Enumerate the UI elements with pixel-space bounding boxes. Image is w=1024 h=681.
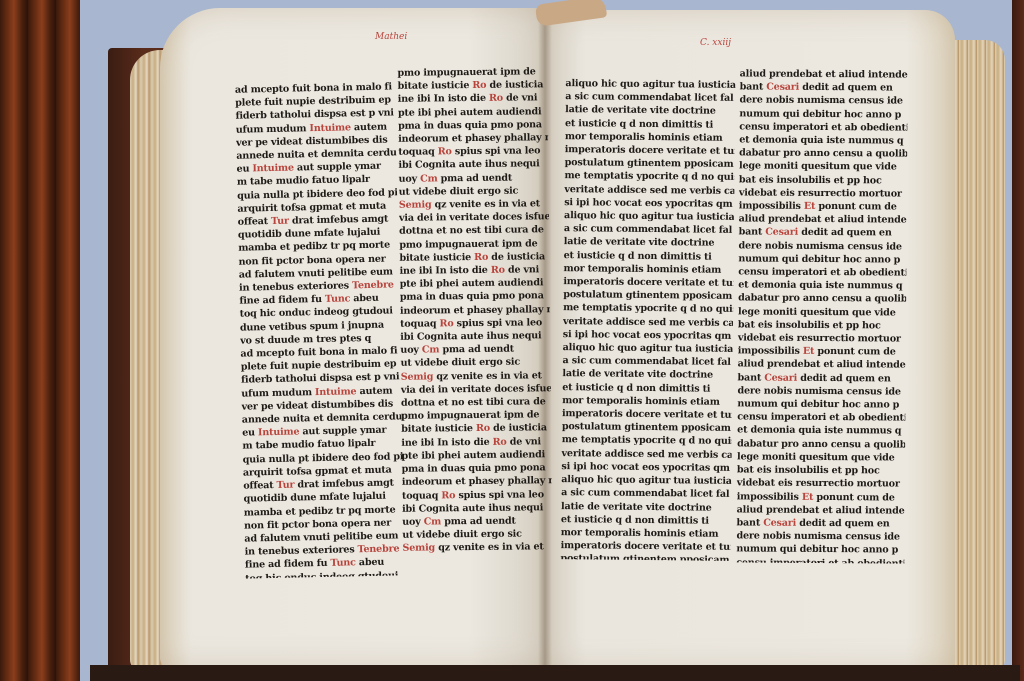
manuscript-line: ibi Cognita aute ihus nequi [398,158,548,173]
manuscript-line: pma in duas quia pmo pona [400,290,550,305]
manuscript-line: videbat eis resurrectio mortuor [739,186,907,200]
manuscript-line: latie de veritate vite doctrine [565,104,735,119]
manuscript-line: impossibilis Et ponunt cum de [737,490,905,504]
left-page-column-2: pmo impugnauerat ipm debitate iusticie R… [397,65,552,557]
manuscript-line: bant Cesari dedit ad quem en [738,371,906,385]
manuscript-line: ibi Cognita aute ihus nequi [400,329,550,344]
manuscript-line: dere nobis numisma census ide [737,384,905,398]
right-page-header: C. xxiij [700,38,731,48]
manuscript-line: Semig qz venite es in via et [402,541,552,556]
manuscript-line: numum qui debitur hoc anno p [738,252,906,266]
manuscript-line: et demonia quia iste nummus q [739,133,907,147]
manuscript-line: videbat eis resurrectio mortuor [737,477,905,491]
manuscript-line: censu imperatori et ab obedientia [739,120,907,134]
manuscript-line: me temptatis ypocrite q d no quis [562,434,732,449]
manuscript-line: a sic cum commendabat licet fal [561,486,731,501]
manuscript-line: me temptatis ypocrite q d no quis [564,170,734,185]
curtain [0,0,80,681]
manuscript-line: aliud prendebat et aliud intende [737,503,905,517]
manuscript-line: lege moniti quesitum que vide [737,450,905,464]
manuscript-line: censu imperatori et ab obedientia [738,265,906,279]
manuscript-line: dottna et no est tibi cura de [399,224,549,239]
manuscript-line: impossibilis Et ponunt cum de [739,199,907,213]
manuscript-line: latie de veritate vite doctrine [564,236,734,251]
manuscript-line: bant Cesari dedit ad quem en [737,516,905,530]
manuscript-line: dere nobis numisma census ide [739,94,907,108]
manuscript-line: toquaq Ro spius spi vna leo [402,488,552,503]
manuscript-line: latie de veritate vite doctrine [561,500,731,515]
table-shadow [90,665,1020,681]
manuscript-line: dabatur pro anno censu a quolibet [739,147,907,161]
manuscript-line: numum qui debitur hoc anno p [737,397,905,411]
manuscript-line: impossibilis Et ponunt cum de [738,345,906,359]
curtain-right [1012,0,1024,681]
right-page-column-2: aliud prendebat et aliud intendebant Ces… [736,67,907,563]
right-page-edges [950,40,1005,670]
manuscript-line: lege moniti quesitum que vide [739,160,907,174]
manuscript-line: et demonia quia iste nummus q [737,424,905,438]
manuscript-line: bant Cesari dedit ad quem en [739,226,907,240]
manuscript-line: numum qui debitur hoc anno p [739,107,907,121]
manuscript-line: dere nobis numisma census ide [736,530,904,544]
manuscript-line: lege moniti quesitum que vide [738,305,906,319]
manuscript-line: censu imperatori et ab obedientia [736,556,904,564]
manuscript-line: indeorum et phasey phallay m [402,475,552,490]
manuscript-line: dabatur pro anno censu a quolibet [737,437,905,451]
manuscript-line: dabatur pro anno censu a quolibet [738,292,906,306]
manuscript-line: aliud prendebat et aliud intende [739,213,907,227]
manuscript-line: bitate iusticie Ro de iusticia [401,422,551,437]
manuscript-line: numum qui debitur hoc anno p [736,543,904,557]
manuscript-line: bat eis insolubilis et pp hoc [738,318,906,332]
manuscript-line: indeorum et phasey phallay m [400,303,550,318]
manuscript-line: me temptatis ypocrite q d no quis [563,302,733,317]
manuscript-line: aliud prendebat et aliud intende [740,67,908,81]
left-page-header: Mathei [375,32,407,42]
left-page-column-1: ad mcepto fuit bona in malo fiplete fuit… [235,80,405,578]
manuscript-line: bat eis insolubilis et pp hoc [737,464,905,478]
manuscript-line: ibi Cognita aute ihus nequi [402,501,552,516]
manuscript-line: bat eis insolubilis et pp hoc [739,173,907,187]
manuscript-line: censu imperatori et ab obedientia [737,411,905,425]
manuscript-line: pmo impugnauerat ipm de [399,237,549,252]
manuscript-line: ine ibi In isto die Ro de vni [398,92,548,107]
manuscript-line: videbat eis resurrectio mortuor [738,331,906,345]
right-page-column-1: aliquo hic quo agitur tua iusticiaa sic … [560,77,735,561]
manuscript-line: aliud prendebat et aliud intende [738,358,906,372]
manuscript-line: et demonia quia iste nummus q [738,279,906,293]
manuscript-line: dere nobis numisma census ide [738,239,906,253]
manuscript-line: bant Cesari dedit ad quem en [740,81,908,95]
manuscript-line: pte ibi phei autem audiendi [398,105,548,120]
manuscript-line: latie de veritate vite doctrine [562,368,732,383]
